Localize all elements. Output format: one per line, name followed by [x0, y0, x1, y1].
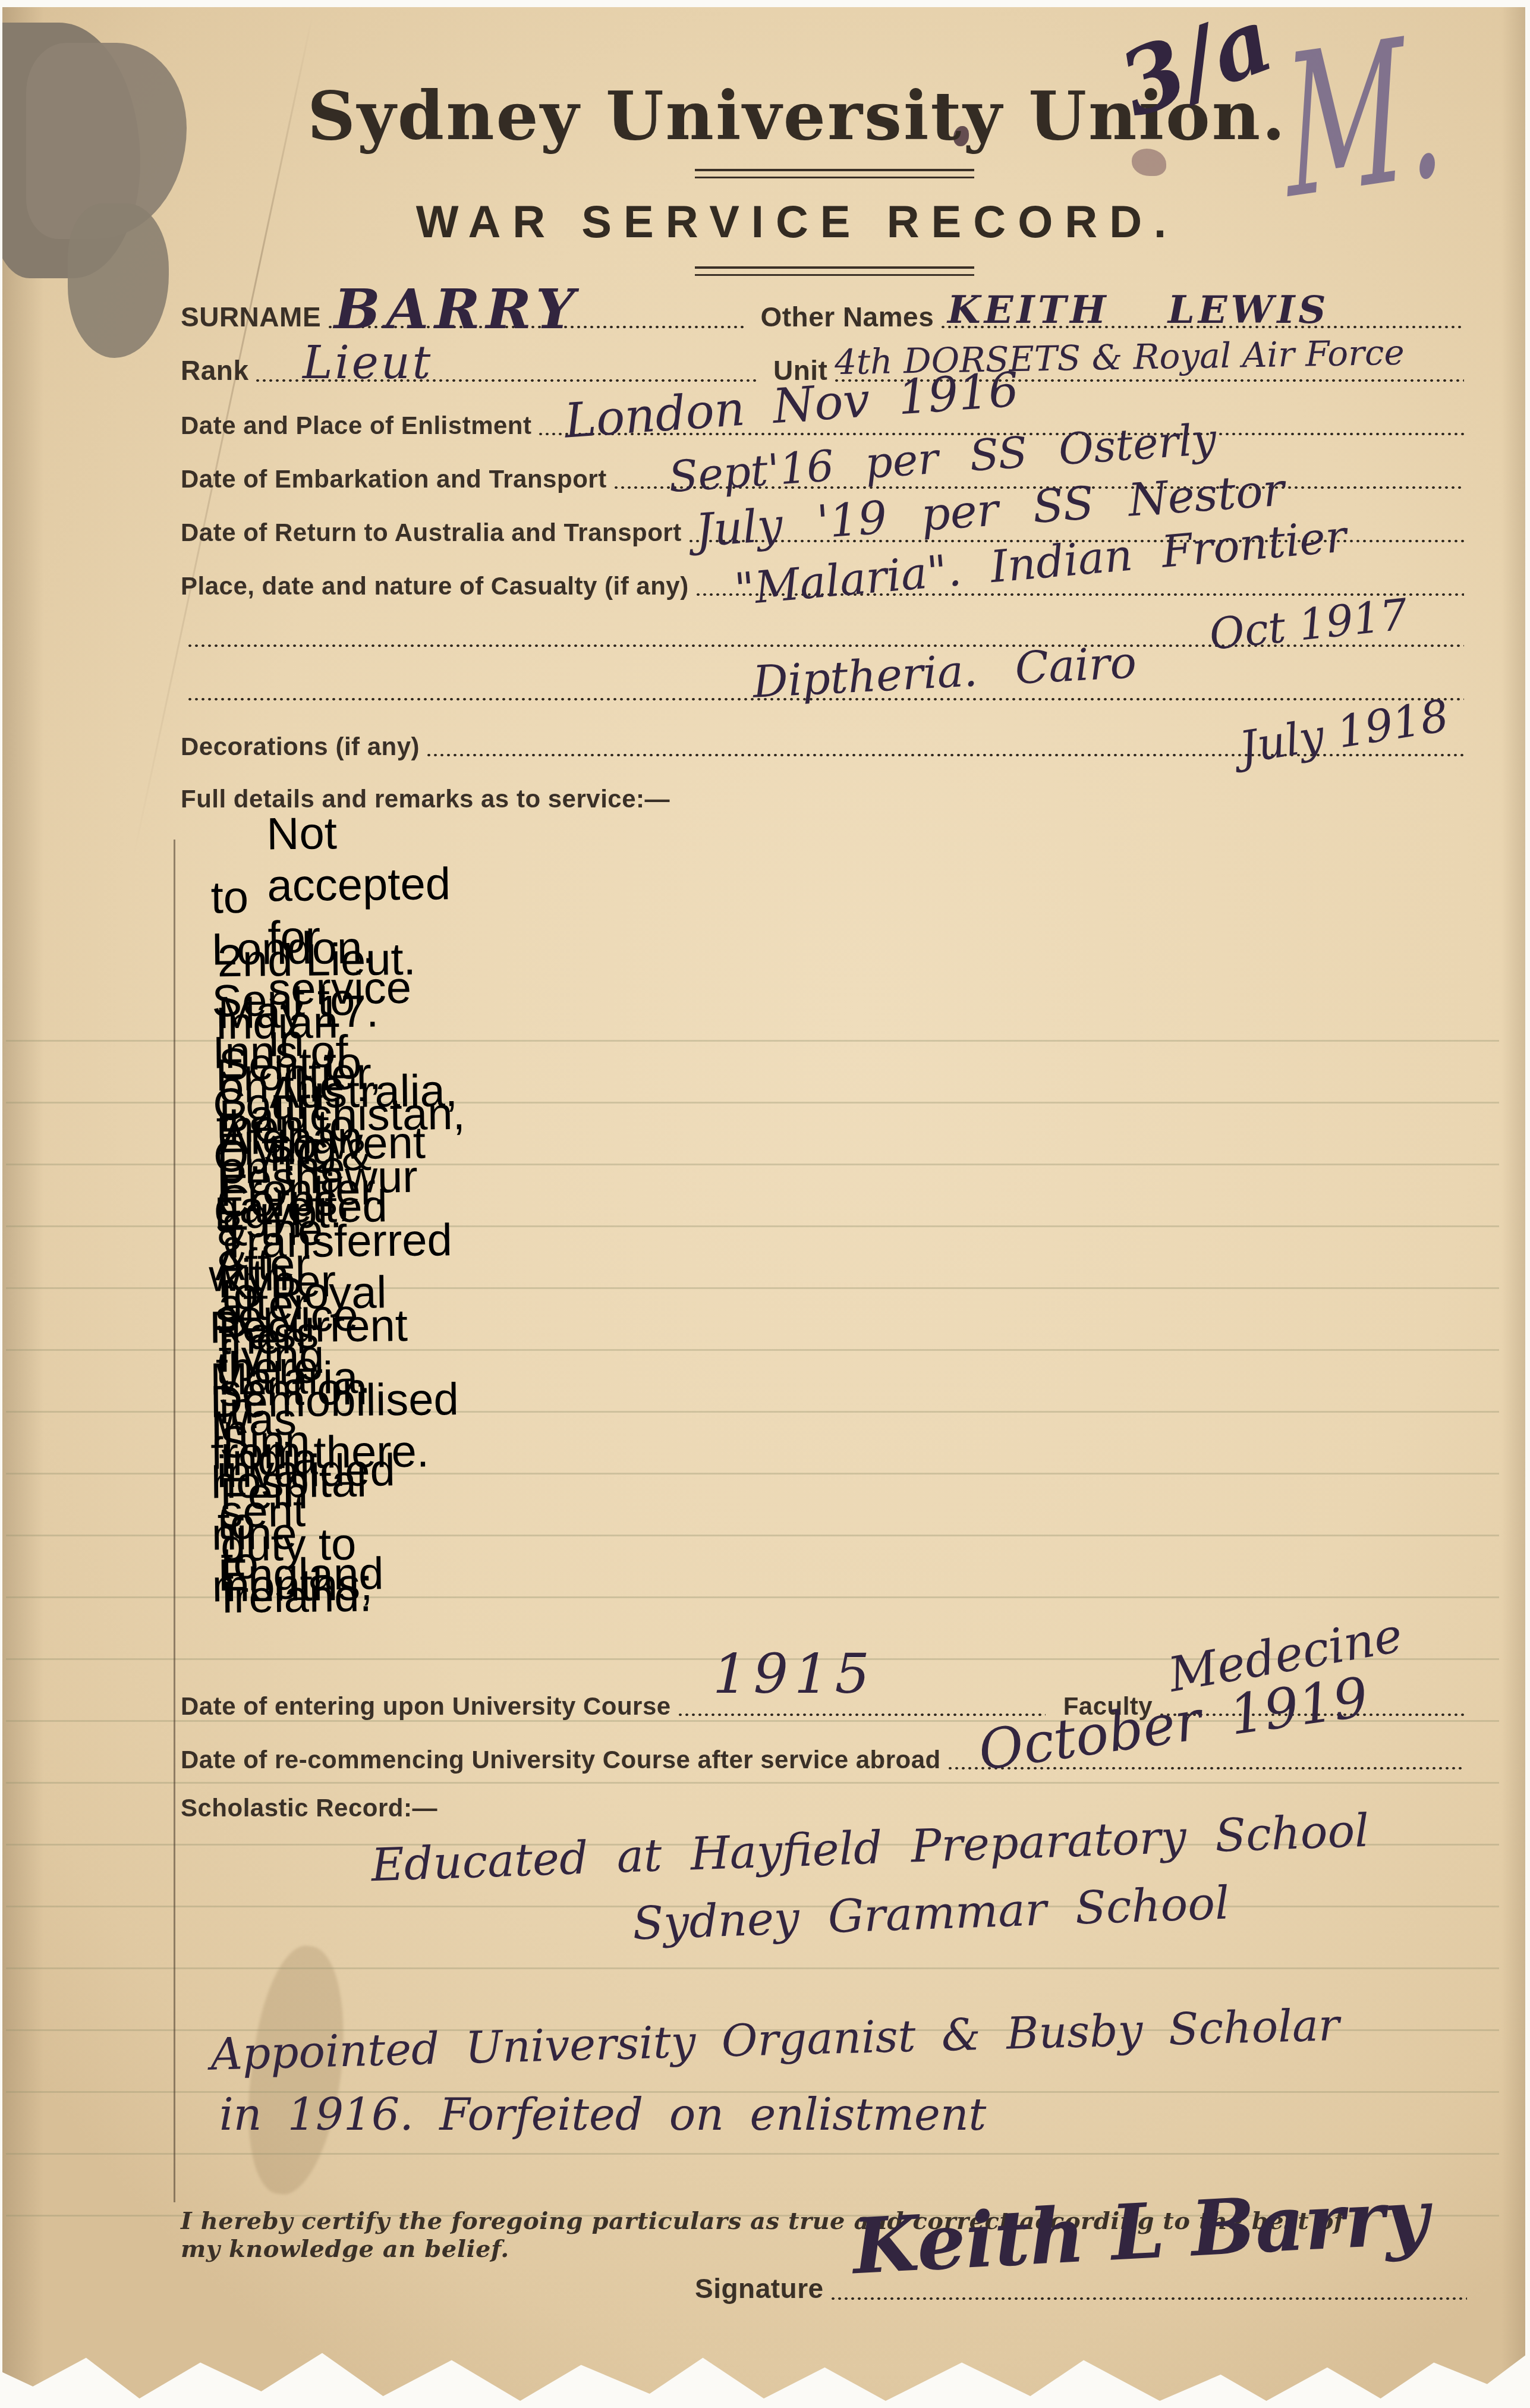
decorations-label: Decorations (if any): [181, 733, 420, 761]
margin-rule: [174, 840, 175, 2202]
enlistment-label: Date and Place of Enlistment: [181, 411, 531, 440]
double-rule: [695, 169, 974, 178]
recommencing-label: Date of re-commencing University Course …: [181, 1746, 941, 1774]
surname-label: SURNAME: [181, 301, 321, 333]
other-names-value: KEITH LEWIS: [947, 291, 1330, 329]
entering-value: 1915: [713, 1647, 876, 1702]
paper-sheet: Sydney University Union. 3/a M. WAR SERV…: [2, 7, 1525, 2401]
scholastic-line: in 1916. Forfeited on enlistment: [219, 2093, 986, 2137]
page-subtitle: WAR SERVICE RECORD.: [36, 196, 1530, 248]
other-names-label: Other Names: [760, 301, 934, 333]
remark-line: Demobilised from there.: [210, 1373, 459, 1479]
scanned-war-service-record: Sydney University Union. 3/a M. WAR SERV…: [0, 0, 1530, 2408]
signature-label: Signature: [695, 2272, 824, 2305]
double-rule: [695, 266, 974, 276]
rank-value: Lieut: [303, 340, 433, 385]
dotted-line: [677, 1714, 1046, 1716]
surname-value: BARRY: [334, 282, 581, 337]
casualty-label: Place, date and nature of Casualty (if a…: [181, 572, 689, 601]
monogram: M.: [1280, 8, 1448, 226]
scholastic-label: Scholastic Record:—: [181, 1794, 437, 1822]
entering-label: Date of entering upon University Course: [181, 1692, 671, 1721]
rank-label: Rank: [181, 354, 248, 386]
return-label: Date of Return to Australia and Transpor…: [181, 518, 682, 547]
recommencing-row: Date of re-commencing University Course …: [181, 1743, 1468, 1774]
embarkation-label: Date of Embarkation and Transport: [181, 465, 607, 493]
right-edge-shadow: [1501, 7, 1525, 2401]
dotted-line: [830, 2297, 1467, 2300]
